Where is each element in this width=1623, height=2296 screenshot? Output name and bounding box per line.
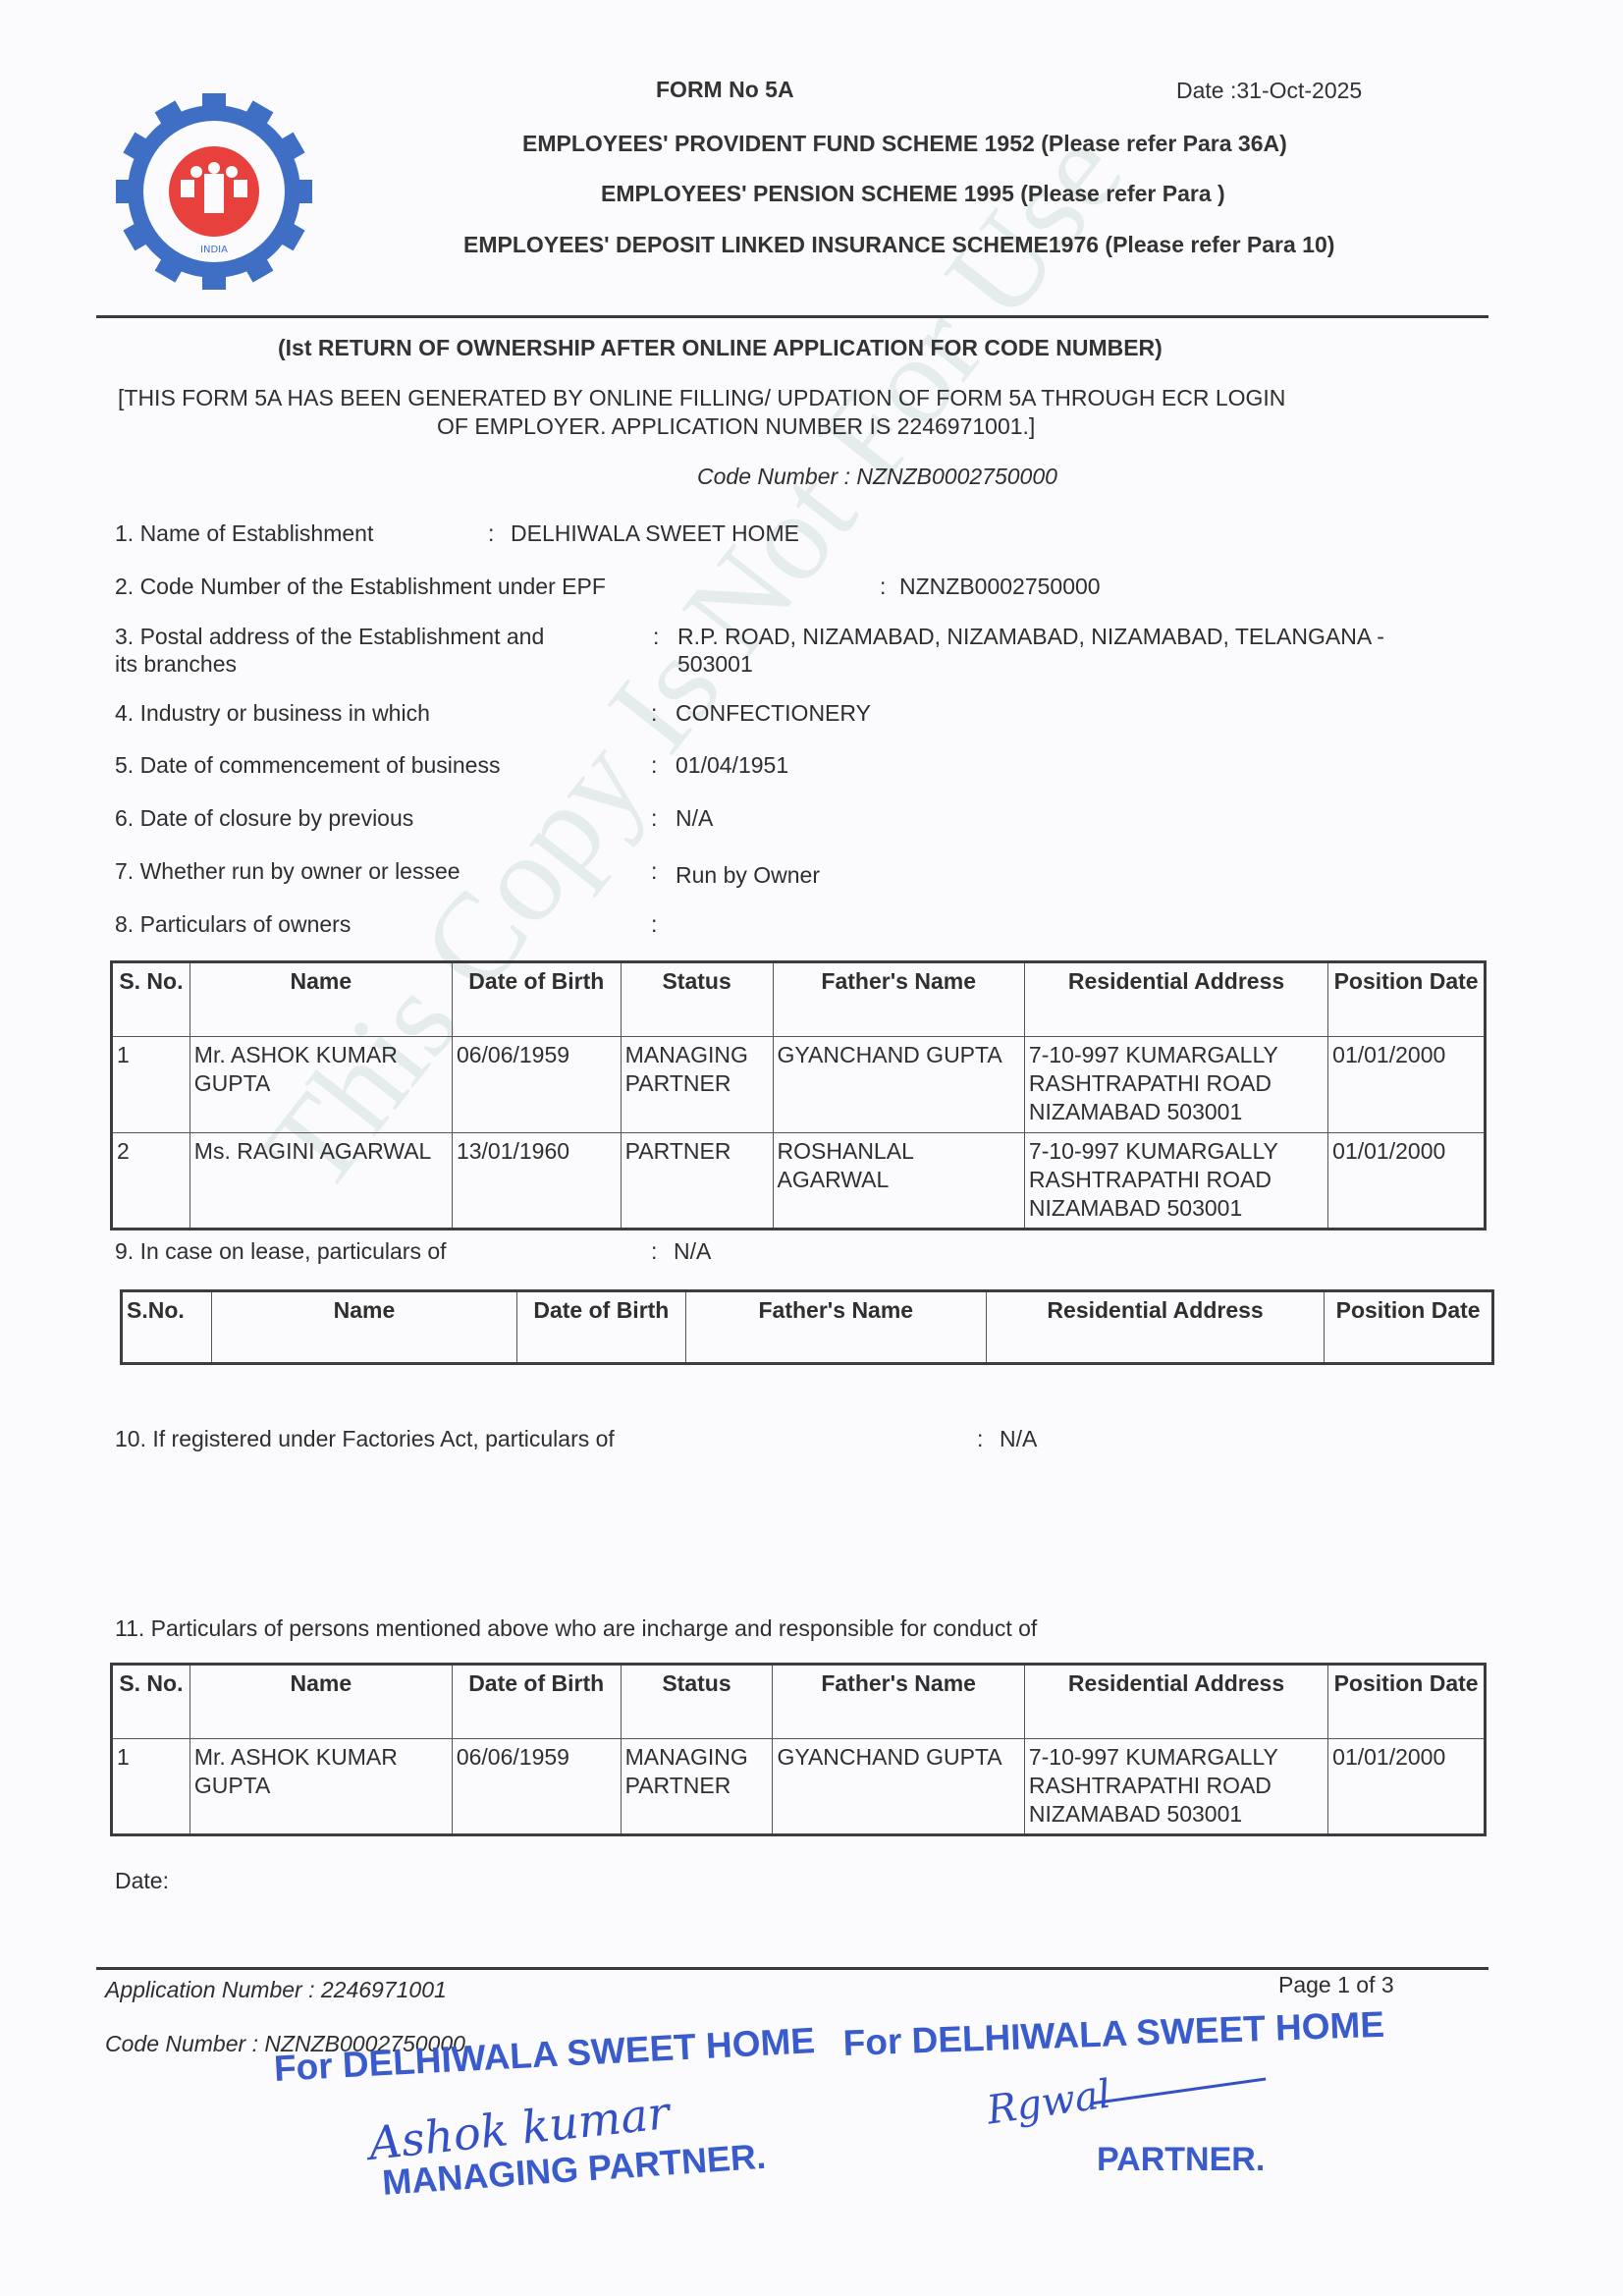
cell-dob: 06/06/1959 [452,1739,621,1835]
field-9-colon: : [651,1238,657,1265]
lease-table: S.No. Name Date of Birth Father's Name R… [120,1289,1494,1365]
cell-sno: 2 [112,1133,190,1230]
header-status: Status [621,962,773,1037]
header-sno: S. No. [112,1665,190,1739]
cell-name: Ms. RAGINI AGARWAL [189,1133,452,1230]
cell-name: Mr. ASHOK KUMAR GUPTA [189,1739,452,1835]
scheme-line-epf: EMPLOYEES' PROVIDENT FUND SCHEME 1952 (P… [522,131,1287,157]
header-dob: Date of Birth [452,962,621,1037]
field-7-colon: : [651,858,657,885]
field-5-value: 01/04/1951 [676,752,788,779]
field-7-label: 7. Whether run by owner or lessee [115,858,460,885]
svg-text:INDIA: INDIA [200,245,228,255]
field-3-value-line2: 503001 [677,651,753,678]
field-10-colon: : [977,1426,983,1452]
table-row: 1 Mr. ASHOK KUMAR GUPTA 06/06/1959 MANAG… [112,1739,1486,1835]
field-9-label: 9. In case on lease, particulars of [115,1238,447,1265]
form-date: Date :31-Oct-2025 [1176,78,1362,104]
field-3-label-line1: 3. Postal address of the Establishment a… [115,624,544,650]
signature-stroke [1091,2077,1267,2105]
field-4-colon: : [651,700,657,727]
header-father: Father's Name [773,1665,1024,1739]
scheme-line-edli: EMPLOYEES' DEPOSIT LINKED INSURANCE SCHE… [463,232,1334,258]
cell-address: 7-10-997 KUMARGALLY RASHTRAPATHI ROAD NI… [1024,1133,1327,1230]
cell-dob: 06/06/1959 [452,1037,621,1133]
field-6-colon: : [651,805,657,832]
field-3-colon: : [653,624,659,650]
header-name: Name [211,1291,516,1364]
cell-address: 7-10-997 KUMARGALLY RASHTRAPATHI ROAD NI… [1024,1037,1327,1133]
owners-table-header: S. No. Name Date of Birth Status Father'… [112,962,1486,1037]
field-8-colon: : [651,911,657,938]
cell-father: GYANCHAND GUPTA [773,1739,1024,1835]
field-11-label: 11. Particulars of persons mentioned abo… [115,1615,1037,1642]
field-3-label-line2: its branches [115,651,237,678]
field-2-label: 2. Code Number of the Establishment unde… [115,574,606,600]
header-father: Father's Name [773,962,1024,1037]
header-position-date: Position Date [1325,1291,1493,1364]
header-position-date: Position Date [1328,962,1486,1037]
date-field-label: Date: [115,1868,169,1894]
field-1-label: 1. Name of Establishment [115,520,373,547]
stamp-right-title: PARTNER. [1097,2141,1265,2179]
cell-dob: 13/01/1960 [452,1133,621,1230]
code-number-heading: Code Number : NZNZB0002750000 [697,464,1057,490]
field-4-value: CONFECTIONERY [676,700,871,727]
header-sno: S. No. [112,962,190,1037]
header-dob: Date of Birth [517,1291,686,1364]
field-1-value: DELHIWALA SWEET HOME [511,520,799,547]
field-7-value: Run by Owner [676,862,820,889]
field-2-value: NZNZB0002750000 [899,574,1101,600]
field-8-label: 8. Particulars of owners [115,911,351,938]
cell-position-date: 01/01/2000 [1328,1133,1486,1230]
incharge-table-header: S. No. Name Date of Birth Status Father'… [112,1665,1486,1739]
header-name: Name [189,962,452,1037]
header-position-date: Position Date [1328,1665,1486,1739]
incharge-table: S. No. Name Date of Birth Status Father'… [110,1663,1487,1836]
cell-status: PARTNER [621,1133,773,1230]
notice-line-1: [THIS FORM 5A HAS BEEN GENERATED BY ONLI… [118,385,1285,411]
cell-status: MANAGING PARTNER [621,1739,773,1835]
epfo-logo: INDIA [106,93,322,290]
cell-father: GYANCHAND GUPTA [773,1037,1024,1133]
cell-status: MANAGING PARTNER [621,1037,773,1133]
field-6-value: N/A [676,805,713,832]
header-divider [96,315,1488,318]
footer-divider [96,1967,1488,1970]
field-10-value: N/A [1000,1426,1037,1452]
header-address: Residential Address [1024,1665,1327,1739]
form-number: FORM No 5A [656,77,794,103]
field-2-colon: : [880,574,886,600]
cell-name: Mr. ASHOK KUMAR GUPTA [189,1037,452,1133]
footer-page-number: Page 1 of 3 [1278,1972,1394,1998]
notice-line-2: OF EMPLOYER. APPLICATION NUMBER IS 22469… [437,413,1035,440]
field-1-colon: : [488,520,494,547]
cell-address: 7-10-997 KUMARGALLY RASHTRAPATHI ROAD NI… [1024,1739,1327,1835]
cell-position-date: 01/01/2000 [1328,1037,1486,1133]
header-sno: S.No. [122,1291,212,1364]
header-name: Name [189,1665,452,1739]
cell-position-date: 01/01/2000 [1328,1739,1486,1835]
field-4-label: 4. Industry or business in which [115,700,430,727]
field-10-label: 10. If registered under Factories Act, p… [115,1426,615,1452]
header-dob: Date of Birth [452,1665,621,1739]
field-9-value: N/A [674,1238,711,1265]
cell-father: ROSHANLAL AGARWAL [773,1133,1024,1230]
footer-application-number: Application Number : 2246971001 [105,1977,447,2003]
field-6-label: 6. Date of closure by previous [115,805,413,832]
table-row: 1 Mr. ASHOK KUMAR GUPTA 06/06/1959 MANAG… [112,1037,1486,1133]
scheme-line-eps: EMPLOYEES' PENSION SCHEME 1995 (Please r… [601,181,1225,207]
cell-sno: 1 [112,1037,190,1133]
header-address: Residential Address [1024,962,1327,1037]
field-5-colon: : [651,752,657,779]
table-row: 2 Ms. RAGINI AGARWAL 13/01/1960 PARTNER … [112,1133,1486,1230]
lease-table-header: S.No. Name Date of Birth Father's Name R… [122,1291,1493,1364]
owners-table: S. No. Name Date of Birth Status Father'… [110,960,1487,1230]
epfo-emblem-icon: INDIA [106,93,322,290]
stamp-right-for-line: For DELHIWALA SWEET HOME [842,2004,1385,2064]
field-3-value-line1: R.P. ROAD, NIZAMABAD, NIZAMABAD, NIZAMAB… [677,624,1384,650]
header-status: Status [621,1665,773,1739]
cell-sno: 1 [112,1739,190,1835]
form-subtitle: (Ist RETURN OF OWNERSHIP AFTER ONLINE AP… [278,335,1163,361]
header-address: Residential Address [986,1291,1324,1364]
field-5-label: 5. Date of commencement of business [115,752,500,779]
header-father: Father's Name [685,1291,986,1364]
